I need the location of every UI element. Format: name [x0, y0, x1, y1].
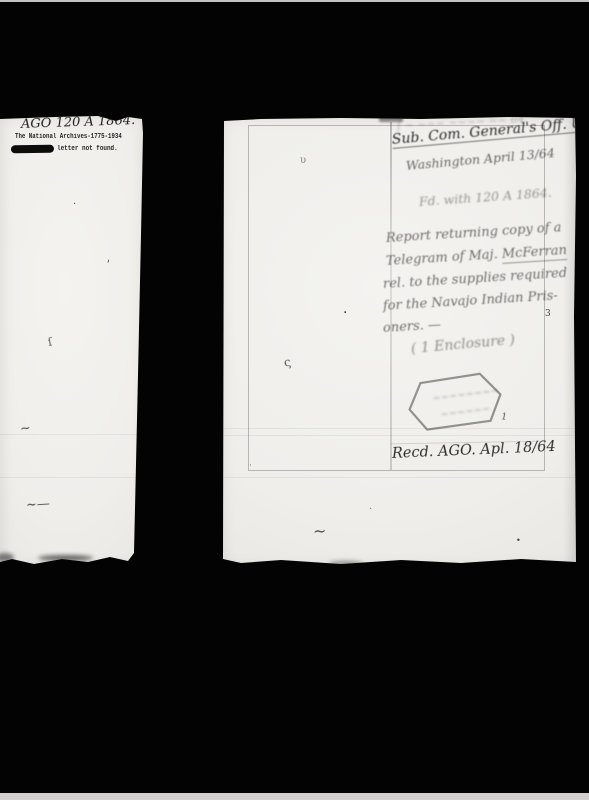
scanner-streak [221, 477, 577, 478]
page-edge-shadow [38, 555, 93, 561]
scanner-streak [221, 435, 577, 436]
redaction-bar [11, 145, 54, 154]
left-page: AGO 120 A 1864. The National Archives-17… [0, 115, 145, 567]
file-number-annotation: AGO 120 A 1864. [21, 114, 136, 131]
scanner-streak [0, 434, 145, 435]
docket-line: oners. — [383, 318, 442, 335]
page-edge-shading [563, 116, 577, 568]
right-page: ſ ~ ~~~ ~~~~ ~~ 64 Sub. Com. General's O… [221, 116, 577, 568]
ink-mark: · [73, 200, 76, 210]
letter-not-found-text: letter not found. [57, 146, 118, 153]
scanner-streak [221, 428, 577, 429]
ink-mark: · [369, 505, 372, 515]
ink-mark: υ [300, 156, 306, 166]
page-edge-shadow [329, 561, 363, 566]
ink-mark: • [516, 537, 521, 545]
fold-crease [390, 122, 392, 470]
ink-mark: 3 [545, 310, 551, 319]
scanner-streak [0, 477, 145, 478]
top-edge-strip [0, 0, 589, 2]
bottom-edge-strip [0, 793, 589, 800]
ink-mark: · [343, 306, 347, 320]
ink-mark: ~ [313, 523, 327, 540]
national-archives-stamp: The National Archives-1775-1934 [15, 134, 122, 141]
ink-mark: ' [104, 258, 110, 269]
ink-mark: ~— [26, 497, 51, 512]
hexagon-stamp-text: ~~~~~~~~ [432, 386, 500, 405]
page-edge-shadow [0, 553, 14, 562]
hexagon-stamp-text: ~~~~~~ [440, 404, 491, 421]
scanned-document-page: AGO 120 A 1864. The National Archives-17… [0, 0, 589, 800]
ink-mark: ſ [47, 336, 53, 348]
ink-mark: · [249, 462, 252, 471]
mcferran-name: McFerran [501, 243, 567, 264]
